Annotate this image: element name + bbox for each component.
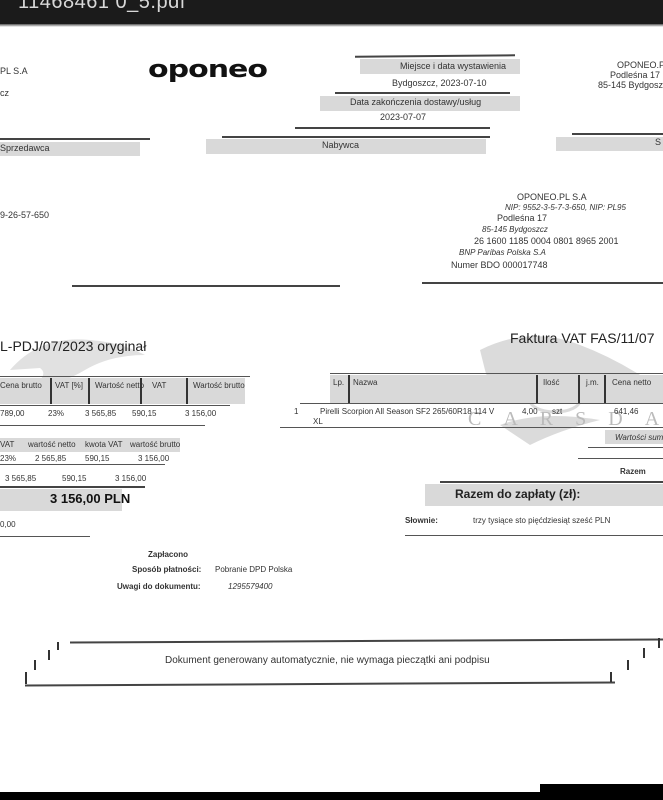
footer-box-edge <box>57 642 59 650</box>
divider <box>588 447 663 448</box>
footer-box-edge <box>48 650 50 660</box>
footer-box-edge <box>610 672 612 682</box>
col-gross-price: Cena brutto <box>0 381 42 390</box>
viewer-title-bar: 11468461 0_5.pdf <box>0 0 663 24</box>
place-date-label: Miejsce i data wystawienia <box>400 61 506 71</box>
col-separator <box>578 375 580 403</box>
table-top-border <box>0 376 250 377</box>
divider <box>0 536 90 537</box>
cell-gross-price: 789,00 <box>0 409 24 418</box>
divider <box>222 136 490 138</box>
footer-box-edge <box>658 638 660 648</box>
divider <box>405 535 663 536</box>
col-separator <box>536 375 538 403</box>
col-separator <box>50 378 52 404</box>
words-value: trzy tysiące sto pięćdziesiąt sześć PLN <box>473 516 610 525</box>
vat-col-net: wartość netto <box>28 440 76 449</box>
buyer-name: OPONEO.PL S.A <box>517 192 587 202</box>
row-divider <box>0 464 165 465</box>
divider <box>72 285 340 287</box>
vat-cell-net: 2 565,85 <box>35 454 66 463</box>
footer-note: Dokument generowany automatycznie, nie w… <box>165 655 490 666</box>
place-date-value: Bydgoszcz, 2023-07-10 <box>392 78 487 88</box>
seller-city-fragment: cz <box>0 88 9 98</box>
words-label: Słownie: <box>405 516 438 525</box>
col-separator <box>604 375 606 403</box>
buyer-bank: BNP Paribas Polska S.A <box>459 248 546 257</box>
payment-method-value: Pobranie DPD Polska <box>215 565 292 574</box>
vat-total-vat: 590,15 <box>62 474 86 483</box>
col-net-value: Wartość netto <box>95 381 144 390</box>
buyer-bdo: Numer BDO 000017748 <box>451 260 548 270</box>
col-qty: Ilość <box>543 378 559 387</box>
col-lp: Lp. <box>333 378 344 387</box>
row-divider <box>0 405 230 406</box>
col-gross-value: Wartość brutto <box>193 381 245 390</box>
right-company: OPONEO.PL S.A <box>617 60 663 70</box>
seller-name-fragment: PL S.A <box>0 66 28 76</box>
cell-name-line2: XL <box>313 417 323 426</box>
cell-vat-rate: 23% <box>48 409 64 418</box>
divider <box>295 127 490 129</box>
cell-qty: 4,00 <box>522 407 538 416</box>
right-postal-city: 85-145 Bydgoszcz <box>598 80 663 90</box>
col-separator <box>186 378 188 404</box>
bottom-bar <box>540 784 663 792</box>
vat-col-rate: VAT <box>0 440 14 449</box>
buyer-postal-city: 85-145 Bydgoszcz <box>482 225 548 234</box>
divider <box>440 481 663 483</box>
cell-net-price: 641,46 <box>614 407 638 416</box>
divider <box>572 133 663 135</box>
notes-value: 1295579400 <box>228 582 273 591</box>
delivery-date-label: Data zakończenia dostawy/usług <box>350 97 481 107</box>
divider <box>578 458 663 459</box>
paid-amount: 0,00 <box>0 520 16 529</box>
bottom-bar <box>0 792 663 800</box>
total-due-label: Razem do zapłaty (zł): <box>455 487 580 501</box>
col-separator <box>140 378 142 404</box>
total-amount: 3 156,00 PLN <box>50 491 130 506</box>
right-street: Podleśna 17 <box>610 70 660 80</box>
divider <box>335 92 510 94</box>
col-vat-rate: VAT [%] <box>55 381 83 390</box>
col-vat: VAT <box>152 381 166 390</box>
cell-unit: szt <box>552 407 562 416</box>
buyer-nip: NIP: 9552-3-5-7-3-650, NIP: PL95 <box>505 203 626 212</box>
vat-cell-gross: 3 156,00 <box>138 454 169 463</box>
delivery-date-value: 2023-07-07 <box>380 112 426 122</box>
col-unit: j.m. <box>586 378 599 387</box>
buyer-label: Nabywca <box>322 140 359 150</box>
vat-total-gross: 3 156,00 <box>115 474 146 483</box>
buyer-street: Podleśna 17 <box>497 213 547 223</box>
table-top-border <box>330 373 663 374</box>
footer-box-edge <box>627 660 629 670</box>
payment-method-label: Sposób płatności: <box>132 565 201 574</box>
row-divider <box>300 403 663 404</box>
razem-label: Razem <box>620 467 646 476</box>
row-divider <box>0 425 205 426</box>
buyer-account: 26 1600 1185 0004 0801 8965 2001 <box>474 236 618 246</box>
col-separator <box>348 375 350 403</box>
footer-box-edge <box>643 648 645 658</box>
oponeo-logo: oponeo <box>148 56 267 84</box>
divider <box>422 282 663 284</box>
col-name: Nazwa <box>353 378 377 387</box>
right-section-header <box>556 137 663 151</box>
row-divider <box>280 427 663 428</box>
cell-lp: 1 <box>294 407 298 416</box>
invoice-number-left: L-PDJ/07/2023 oryginał <box>0 338 146 354</box>
divider <box>0 138 150 140</box>
vat-col-vat: kwota VAT <box>85 440 123 449</box>
col-separator <box>88 378 90 404</box>
cell-gross-value: 3 156,00 <box>185 409 216 418</box>
col-net-price: Cena netto <box>612 378 651 387</box>
cell-vat: 590,15 <box>132 409 156 418</box>
vat-col-gross: wartość brutto <box>130 440 180 449</box>
footer-box-edge <box>25 672 27 684</box>
vat-total-net: 3 565,85 <box>5 474 36 483</box>
vat-cell-rate: 23% <box>0 454 16 463</box>
divider <box>0 486 145 488</box>
seller-nip: 9-26-57-650 <box>0 210 49 220</box>
vat-cell-vat: 590,15 <box>85 454 109 463</box>
paid-label: Zapłacono <box>148 550 188 559</box>
file-title: 11468461 0_5.pdf <box>18 0 186 14</box>
right-section-label: S <box>655 137 661 147</box>
summary-values-label: Wartości sumaryczne <box>615 433 663 442</box>
footer-box-edge <box>34 660 36 670</box>
seller-label: Sprzedawca <box>0 143 50 153</box>
invoice-title: Faktura VAT FAS/11/07 <box>510 330 654 346</box>
cell-name: Pirelli Scorpion All Season SF2 265/60R1… <box>320 407 494 416</box>
notes-label: Uwagi do dokumentu: <box>117 582 201 591</box>
cell-net-value: 3 565,85 <box>85 409 116 418</box>
